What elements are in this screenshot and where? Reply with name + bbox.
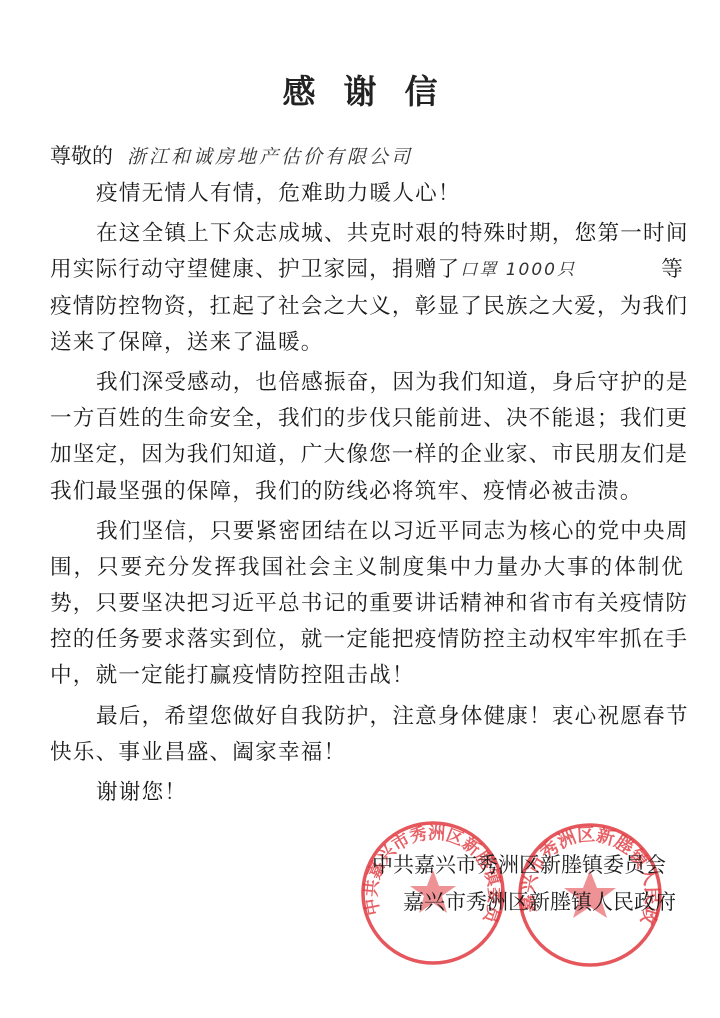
donation-line: 用实际行动守望健康、护卫家园，捐赠了 口罩 1000只 等 [50,252,684,288]
paragraph-line: 势，只要坚决把习近平总书记的重要讲话精神和省市有关疫情防 [50,586,684,622]
signature-government: 嘉兴市秀洲区新塍镇人民政府 [403,886,676,916]
letter-title: 感谢信 [0,66,720,113]
paragraph-line: 中，就一定能打赢疫情防控阻击战！ [50,658,684,694]
donation-handwritten: 口罩 1000只 [460,252,661,288]
paragraph-line: 最后，希望您做好自我防护，注意身体健康！衷心祝愿春节 [50,699,684,735]
paragraph-line: 在这全镇上下众志成城、共克时艰的特殊时期，您第一时间 [50,216,684,252]
paragraph-line: 我们深受感动，也倍感振奋，因为我们知道，身后守护的是 [50,365,684,401]
paragraph-line: 疫情无情人有情，危难助力暖人心！ [50,176,684,212]
paragraph-line: 疫情防控物资，扛起了社会之大义，彰显了民族之大爱，为我们 [50,289,684,325]
paragraph-line: 围，只要充分发挥我国社会主义制度集中力量办大事的体制优 [50,550,684,586]
donation-line-text: 用实际行动守望健康、护卫家园，捐赠了 [50,252,460,288]
letter-body: 疫情无情人有情，危难助力暖人心！ 在这全镇上下众志成城、共克时艰的特殊时期，您第… [50,176,684,811]
salutation: 尊敬的浙江和诚房地产估价有限公司 [50,140,413,170]
paragraph-line: 一方百姓的生命安全，我们的步伐只能前进、决不能退；我们更 [50,401,684,437]
paragraph-line: 我们最坚强的保障，我们的防线必将筑牢、疫情必被击溃。 [50,474,684,510]
salutation-prefix: 尊敬的 [50,144,113,168]
paragraph-line: 控的任务要求落实到位，就一定能把疫情防控主动权牢牢抓在手 [50,622,684,658]
paragraph-line: 谢谢您！ [50,775,684,811]
paragraph-line: 我们坚信，只要紧密团结在以习近平同志为核心的党中央周 [50,514,684,550]
paragraph-line: 送来了保障，送来了温暖。 [50,325,684,361]
signature-party-committee: 中共嘉兴市秀洲区新塍镇委员会 [372,849,666,879]
paragraph-line: 加坚定，因为我们知道，广大像您一样的企业家、市民朋友们是 [50,437,684,473]
donation-suffix: 等 [661,252,684,288]
recipient-handwritten: 浙江和诚房地产估价有限公司 [127,146,413,168]
paragraph-line: 快乐、事业昌盛、阖家幸福！ [50,735,684,771]
